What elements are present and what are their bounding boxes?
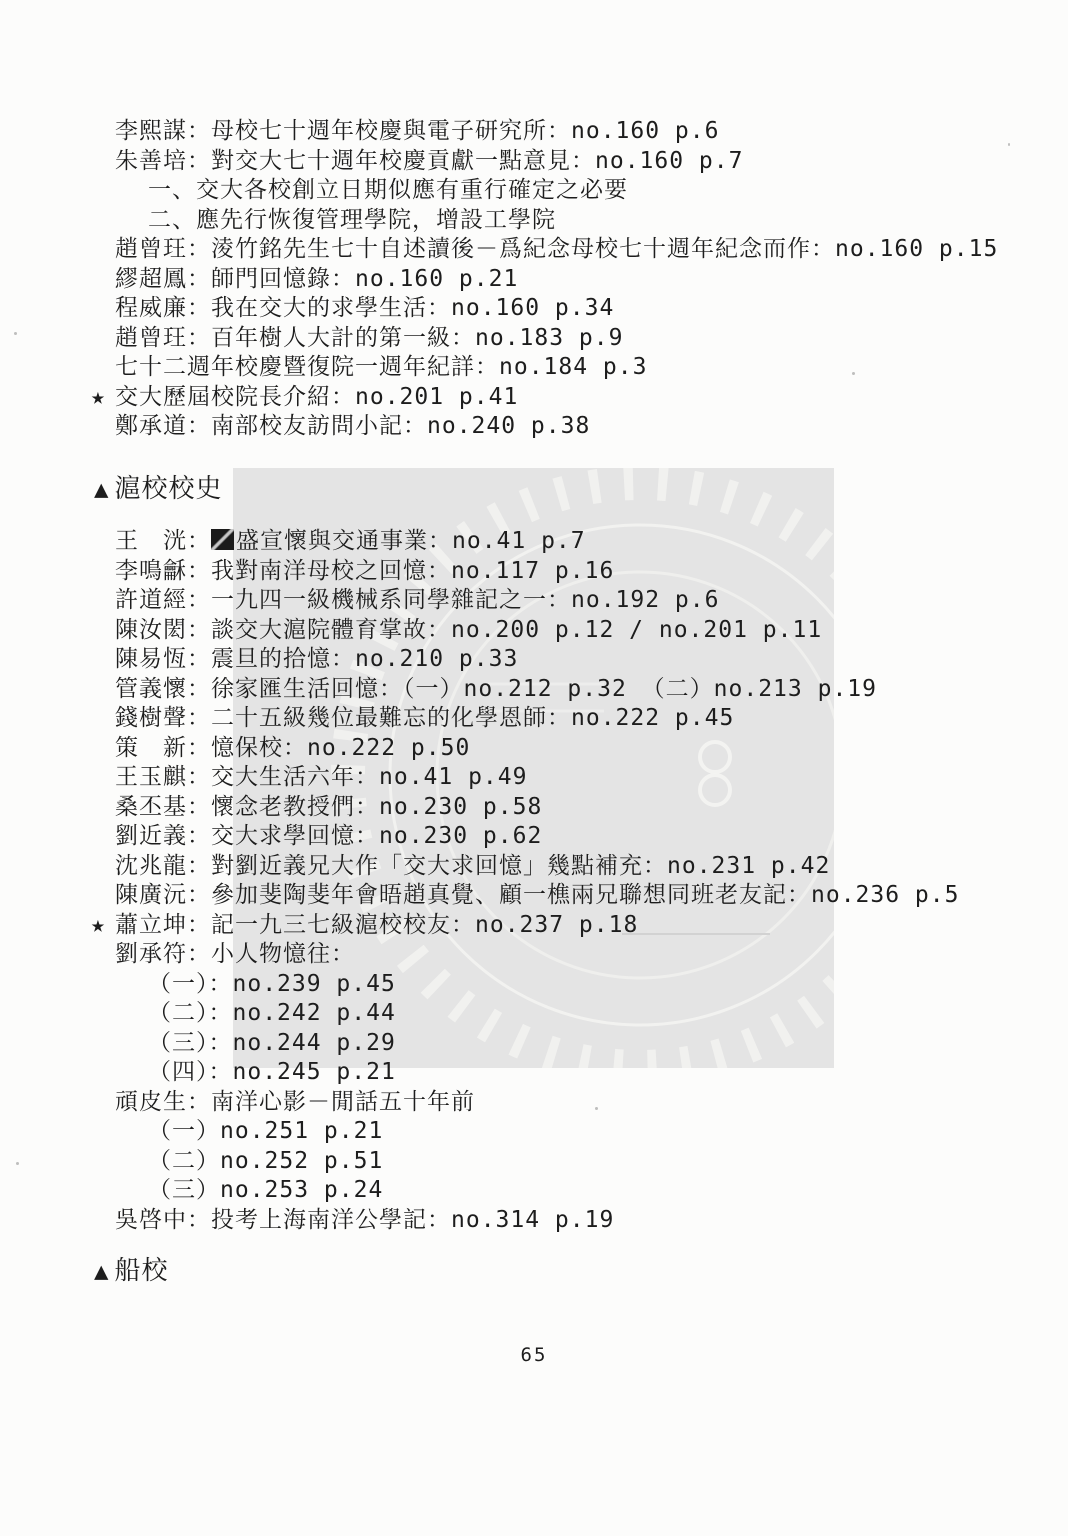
section-heading-label: 滬校校史 [114, 474, 222, 504]
entry-line: 王玉麒：交大生活六年：no.41 p.49 [115, 763, 959, 793]
entry-line: 鄭承道：南部校友訪問小記：no.240 p.38 [115, 412, 998, 442]
entry-text: 李鳴龢：我對南洋母校之回憶：no.117 p.16 [115, 558, 614, 584]
entry-text: 趙曾玨：百年樹人大計的第一級：no.183 p.9 [115, 325, 623, 351]
entry-text: 李熙謀：母校七十週年校慶與電子研究所：no.160 p.6 [115, 118, 719, 144]
entry-text: 陳易恆：震旦的拾憶：no.210 p.33 [115, 646, 518, 672]
entry-line: 陳汝閎：談交大滬院體育掌故：no.200 p.12 / no.201 p.11 [115, 616, 959, 646]
entry-text: 七十二週年校慶暨復院一週年紀詳：no.184 p.3 [115, 354, 647, 380]
entry-line: 陳廣沅：參加斐陶斐年會晤趙真覺、顧一樵兩兄聯想同班老友記：no.236 p.5 [115, 881, 959, 911]
section-heading-chuan-xiao: ▲船校 [94, 1250, 168, 1287]
entry-text: 頑皮生：南洋心影－閒話五十年前 [115, 1089, 475, 1115]
entry-line: 趙曾玨：百年樹人大計的第一級：no.183 p.9 [115, 324, 998, 354]
entry-line: 王 洸：盛宣懷與交通事業：no.41 p.7 [115, 527, 959, 557]
entry-text: 程威廉：我在交大的求學生活：no.160 p.34 [115, 295, 614, 321]
entry-line: ★蕭立坤：記一九三七級滬校校友：no.237 p.18 [115, 911, 959, 941]
entry-text: 吳啓中：投考上海南洋公學記：no.314 p.19 [115, 1207, 614, 1233]
entry-line: （一）：no.239 p.45 [115, 970, 959, 1000]
star-marker-icon: ★ [91, 383, 115, 413]
entry-line: （一）no.251 p.21 [115, 1117, 959, 1147]
entry-text: （三）no.253 p.24 [148, 1177, 383, 1203]
entry-line: 沈兆龍：對劉近義兄大作「交大求回憶」幾點補充：no.231 p.42 [115, 852, 959, 882]
entry-line: 二、應先行恢復管理學院，增設工學院 [115, 206, 998, 236]
entry-text: 朱善培：對交大七十週年校慶貢獻一點意見：no.160 p.7 [115, 148, 743, 174]
entry-line: （四）：no.245 p.21 [115, 1058, 959, 1088]
scan-speck [1008, 143, 1010, 146]
entry-line: 劉近義：交大求學回憶：no.230 p.62 [115, 822, 959, 852]
entry-text: 交大歷屆校院長介紹：no.201 p.41 [115, 384, 518, 410]
entry-text: 蕭立坤：記一九三七級滬校校友：no.237 p.18 [115, 912, 638, 938]
entry-line: 七十二週年校慶暨復院一週年紀詳：no.184 p.3 [115, 353, 998, 383]
entry-text: （三）：no.244 p.29 [148, 1030, 396, 1056]
entry-text: 鄭承道：南部校友訪問小記：no.240 p.38 [115, 413, 590, 439]
entry-text: 繆超鳳：師門回憶錄：no.160 p.21 [115, 266, 518, 292]
entry-line: 李熙謀：母校七十週年校慶與電子研究所：no.160 p.6 [115, 117, 998, 147]
entry-line: ★交大歷屆校院長介紹：no.201 p.41 [115, 383, 998, 413]
ink-smudge-mark [211, 529, 234, 550]
entry-line: 錢樹聲：二十五級幾位最難忘的化學恩師：no.222 p.45 [115, 704, 959, 734]
entry-line: 頑皮生：南洋心影－閒話五十年前 [115, 1088, 959, 1118]
entry-text: （一）：no.239 p.45 [148, 971, 396, 997]
entry-text: （一）no.251 p.21 [148, 1118, 383, 1144]
entry-line: 吳啓中：投考上海南洋公學記：no.314 p.19 [115, 1206, 959, 1236]
scan-speck [14, 332, 17, 335]
star-marker-icon: ★ [91, 911, 115, 941]
entry-line: （三）：no.244 p.29 [115, 1029, 959, 1059]
entry-text: 劉承符：小人物憶往： [115, 941, 355, 967]
entry-line: 劉承符：小人物憶往： [115, 940, 959, 970]
entry-text: 管義懷：徐家匯生活回憶：（一）no.212 p.32 （二）no.213 p.1… [115, 676, 877, 702]
entry-line: 桑丕基：懷念老教授們：no.230 p.58 [115, 793, 959, 823]
entry-text: 陳廣沅：參加斐陶斐年會晤趙真覺、顧一樵兩兄聯想同班老友記：no.236 p.5 [115, 882, 959, 908]
entry-line: 一、交大各校創立日期似應有重行確定之必要 [115, 176, 998, 206]
triangle-marker-icon: ▲ [94, 475, 109, 503]
entry-line: 程威廉：我在交大的求學生活：no.160 p.34 [115, 294, 998, 324]
entry-line: 李鳴龢：我對南洋母校之回憶：no.117 p.16 [115, 557, 959, 587]
entry-text: 桑丕基：懷念老教授們：no.230 p.58 [115, 794, 542, 820]
entry-text: 一、交大各校創立日期似應有重行確定之必要 [148, 177, 628, 203]
entry-line: 許道經：一九四一級機械系同學雜記之一：no.192 p.6 [115, 586, 959, 616]
entry-text: （四）：no.245 p.21 [148, 1059, 396, 1085]
scan-speck [16, 1162, 19, 1165]
entry-line: （三）no.253 p.24 [115, 1176, 959, 1206]
entry-line: （二）no.252 p.51 [115, 1147, 959, 1177]
entry-text: 劉近義：交大求學回憶：no.230 p.62 [115, 823, 542, 849]
entry-text: 趙曾玨：淩竹銘先生七十自述讀後－爲紀念母校七十週年紀念而作：no.160 p.1… [115, 236, 998, 262]
index-section-top: 李熙謀：母校七十週年校慶與電子研究所：no.160 p.6朱善培：對交大七十週年… [115, 117, 998, 442]
entry-line: 繆超鳳：師門回憶錄：no.160 p.21 [115, 265, 998, 295]
entry-line: 朱善培：對交大七十週年校慶貢獻一點意見：no.160 p.7 [115, 147, 998, 177]
entry-line: （二）：no.242 p.44 [115, 999, 959, 1029]
entry-line: 趙曾玨：淩竹銘先生七十自述讀後－爲紀念母校七十週年紀念而作：no.160 p.1… [115, 235, 998, 265]
page-number: 65 [0, 1344, 1068, 1366]
entry-text: 王玉麒：交大生活六年：no.41 p.49 [115, 764, 527, 790]
section-heading-label: 船校 [114, 1256, 168, 1286]
entry-text: 王 洸： [115, 528, 211, 554]
entry-text: 陳汝閎：談交大滬院體育掌故：no.200 p.12 / no.201 p.11 [115, 617, 822, 643]
entry-text: 錢樹聲：二十五級幾位最難忘的化學恩師：no.222 p.45 [115, 705, 734, 731]
entry-text: 策 新：憶保校：no.222 p.50 [115, 735, 470, 761]
index-section-hu-xiao-history: 王 洸：盛宣懷與交通事業：no.41 p.7李鳴龢：我對南洋母校之回憶：no.1… [115, 527, 959, 1235]
entry-line: 陳易恆：震旦的拾憶：no.210 p.33 [115, 645, 959, 675]
entry-line: 管義懷：徐家匯生活回憶：（一）no.212 p.32 （二）no.213 p.1… [115, 675, 959, 705]
entry-text: 沈兆龍：對劉近義兄大作「交大求回憶」幾點補充：no.231 p.42 [115, 853, 830, 879]
triangle-marker-icon: ▲ [94, 1257, 109, 1285]
entry-text: 許道經：一九四一級機械系同學雜記之一：no.192 p.6 [115, 587, 719, 613]
entry-text: （二）：no.242 p.44 [148, 1000, 396, 1026]
entry-text: 二、應先行恢復管理學院，增設工學院 [148, 207, 556, 233]
entry-line: 策 新：憶保校：no.222 p.50 [115, 734, 959, 764]
section-heading-hu-xiao-history: ▲滬校校史 [94, 468, 222, 505]
entry-text: （二）no.252 p.51 [148, 1148, 383, 1174]
entry-text: 盛宣懷與交通事業：no.41 p.7 [236, 528, 586, 554]
